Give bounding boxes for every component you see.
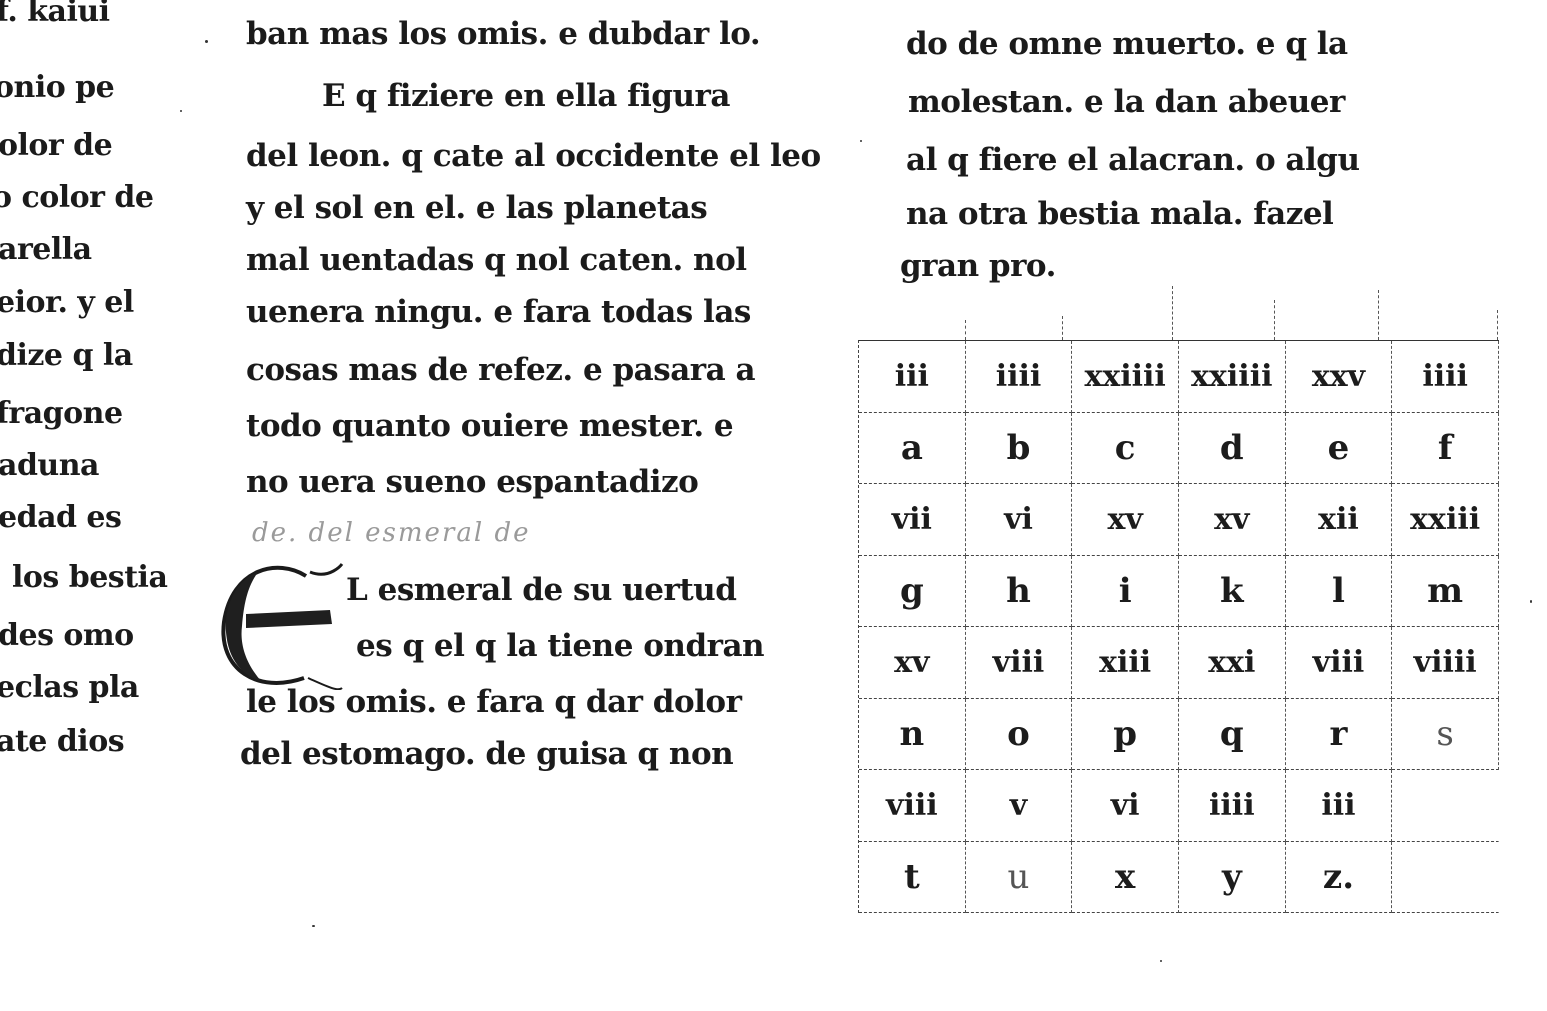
text-line: fragone <box>0 396 123 431</box>
table-ruling <box>1172 286 1173 340</box>
text-line: do de omne muerto. e q la <box>906 26 1348 62</box>
text-line: f. kaiui <box>0 0 110 29</box>
table-cell: vi <box>966 484 1073 556</box>
text-line: uenera ningu. e fara todas las <box>246 294 751 330</box>
scan-speck <box>312 925 315 927</box>
table-ruling <box>965 320 966 340</box>
table-cell: xii <box>1286 484 1393 556</box>
text-line: dize q la <box>0 338 133 373</box>
text-line: al q fiere el alacran. o algu <box>906 142 1360 178</box>
scan-speck <box>205 40 208 43</box>
table-cell: a <box>859 413 966 485</box>
text-line: no uera sueno espantadizo <box>246 464 698 500</box>
scan-speck <box>860 140 862 142</box>
text-line: arella <box>0 232 92 267</box>
table-cell: z. <box>1286 842 1393 914</box>
table-cell <box>1392 770 1499 842</box>
table-cell: iiii <box>1179 770 1286 842</box>
text-line: es q el q la tiene ondran <box>356 628 764 664</box>
table-cell: m <box>1392 556 1499 628</box>
table-cell: o <box>966 699 1073 771</box>
table-cell: l <box>1286 556 1393 628</box>
table-cell: y <box>1179 842 1286 914</box>
table-cell: b <box>966 413 1073 485</box>
text-line: edad es <box>0 500 121 535</box>
text-line: des omo <box>0 618 134 653</box>
table-cell: f <box>1392 413 1499 485</box>
text-line: y el sol en el. e las planetas <box>246 190 707 226</box>
table-cell: viii <box>1286 627 1393 699</box>
text-line: cosas mas de refez. e pasara a <box>246 352 755 388</box>
table-cell: x <box>1072 842 1179 914</box>
text-line: ban mas los omis. e dubdar lo. <box>246 16 760 52</box>
table-cell: iii <box>859 341 966 413</box>
table-cell: xxv <box>1286 341 1393 413</box>
scan-speck <box>1530 600 1532 603</box>
text-line: olor de <box>0 128 112 163</box>
table-cell: h <box>966 556 1073 628</box>
decorated-initial <box>218 562 344 690</box>
text-line: L esmeral de su uertud <box>346 572 736 608</box>
table-cell: iii <box>1286 770 1393 842</box>
table-cell: xxiiii <box>1072 341 1179 413</box>
text-line: del leon. q cate al occidente el leo <box>246 138 821 174</box>
initial-e-icon <box>218 562 344 690</box>
table-cell: viii <box>966 627 1073 699</box>
text-line: aduna <box>0 448 99 483</box>
table-cell: k <box>1179 556 1286 628</box>
table-cell: vii <box>859 484 966 556</box>
table-cell: xv <box>859 627 966 699</box>
table-cell: c <box>1072 413 1179 485</box>
table-cell: r <box>1286 699 1393 771</box>
table-cell: d <box>1179 413 1286 485</box>
table-cell <box>1392 842 1499 914</box>
table-cell: xxiiii <box>1179 341 1286 413</box>
text-line: onio pe <box>0 70 114 105</box>
text-line: todo quanto ouiere mester. e <box>246 408 733 444</box>
table-cell: xv <box>1179 484 1286 556</box>
table-cell: iiii <box>966 341 1073 413</box>
rubric-heading: de. del esmeral de <box>252 518 530 548</box>
table-cell: s <box>1392 699 1499 771</box>
text-line: E q fiziere en ella figura <box>322 78 730 114</box>
text-line: eior. y el <box>0 285 134 320</box>
table-ruling <box>1497 310 1498 340</box>
table-cell: n <box>859 699 966 771</box>
table-cell: e <box>1286 413 1393 485</box>
table-cell: vi <box>1072 770 1179 842</box>
table-cell: u <box>966 842 1073 914</box>
table-ruling <box>1062 316 1063 340</box>
text-line: eclas pla <box>0 670 139 705</box>
table-cell: viiii <box>1392 627 1499 699</box>
table-cell: iiii <box>1392 341 1499 413</box>
table-cell: xxi <box>1179 627 1286 699</box>
table-cell: xv <box>1072 484 1179 556</box>
table-cell: xiii <box>1072 627 1179 699</box>
text-line: del estomago. de guisa q non <box>240 736 733 772</box>
text-line: molestan. e la dan abeuer <box>908 84 1345 120</box>
text-line: ate dios <box>0 724 124 759</box>
text-line: gran pro. <box>900 248 1056 284</box>
text-line: mal uentadas q nol caten. nol <box>246 242 747 278</box>
table-cell: q <box>1179 699 1286 771</box>
table-ruling <box>1274 300 1275 340</box>
text-line: o color de <box>0 180 153 215</box>
numeral-letter-table: iii iiii xxiiii xxiiii xxv iiii a b c d … <box>858 340 1499 913</box>
table-cell: t <box>859 842 966 914</box>
text-line: le los omis. e fara q dar dolor <box>246 684 741 720</box>
table-cell: viii <box>859 770 966 842</box>
text-line: na otra bestia mala. fazel <box>906 196 1333 232</box>
table-cell: p <box>1072 699 1179 771</box>
table-cell: i <box>1072 556 1179 628</box>
table-cell: v <box>966 770 1073 842</box>
table-cell: xxiii <box>1392 484 1499 556</box>
scan-speck <box>1160 960 1162 962</box>
table-ruling <box>1378 290 1379 340</box>
table-cell: g <box>859 556 966 628</box>
manuscript-page: f. kaiui onio pe olor de o color de arel… <box>0 0 1547 1011</box>
scan-speck <box>180 110 182 112</box>
text-line: los bestia <box>12 560 167 595</box>
